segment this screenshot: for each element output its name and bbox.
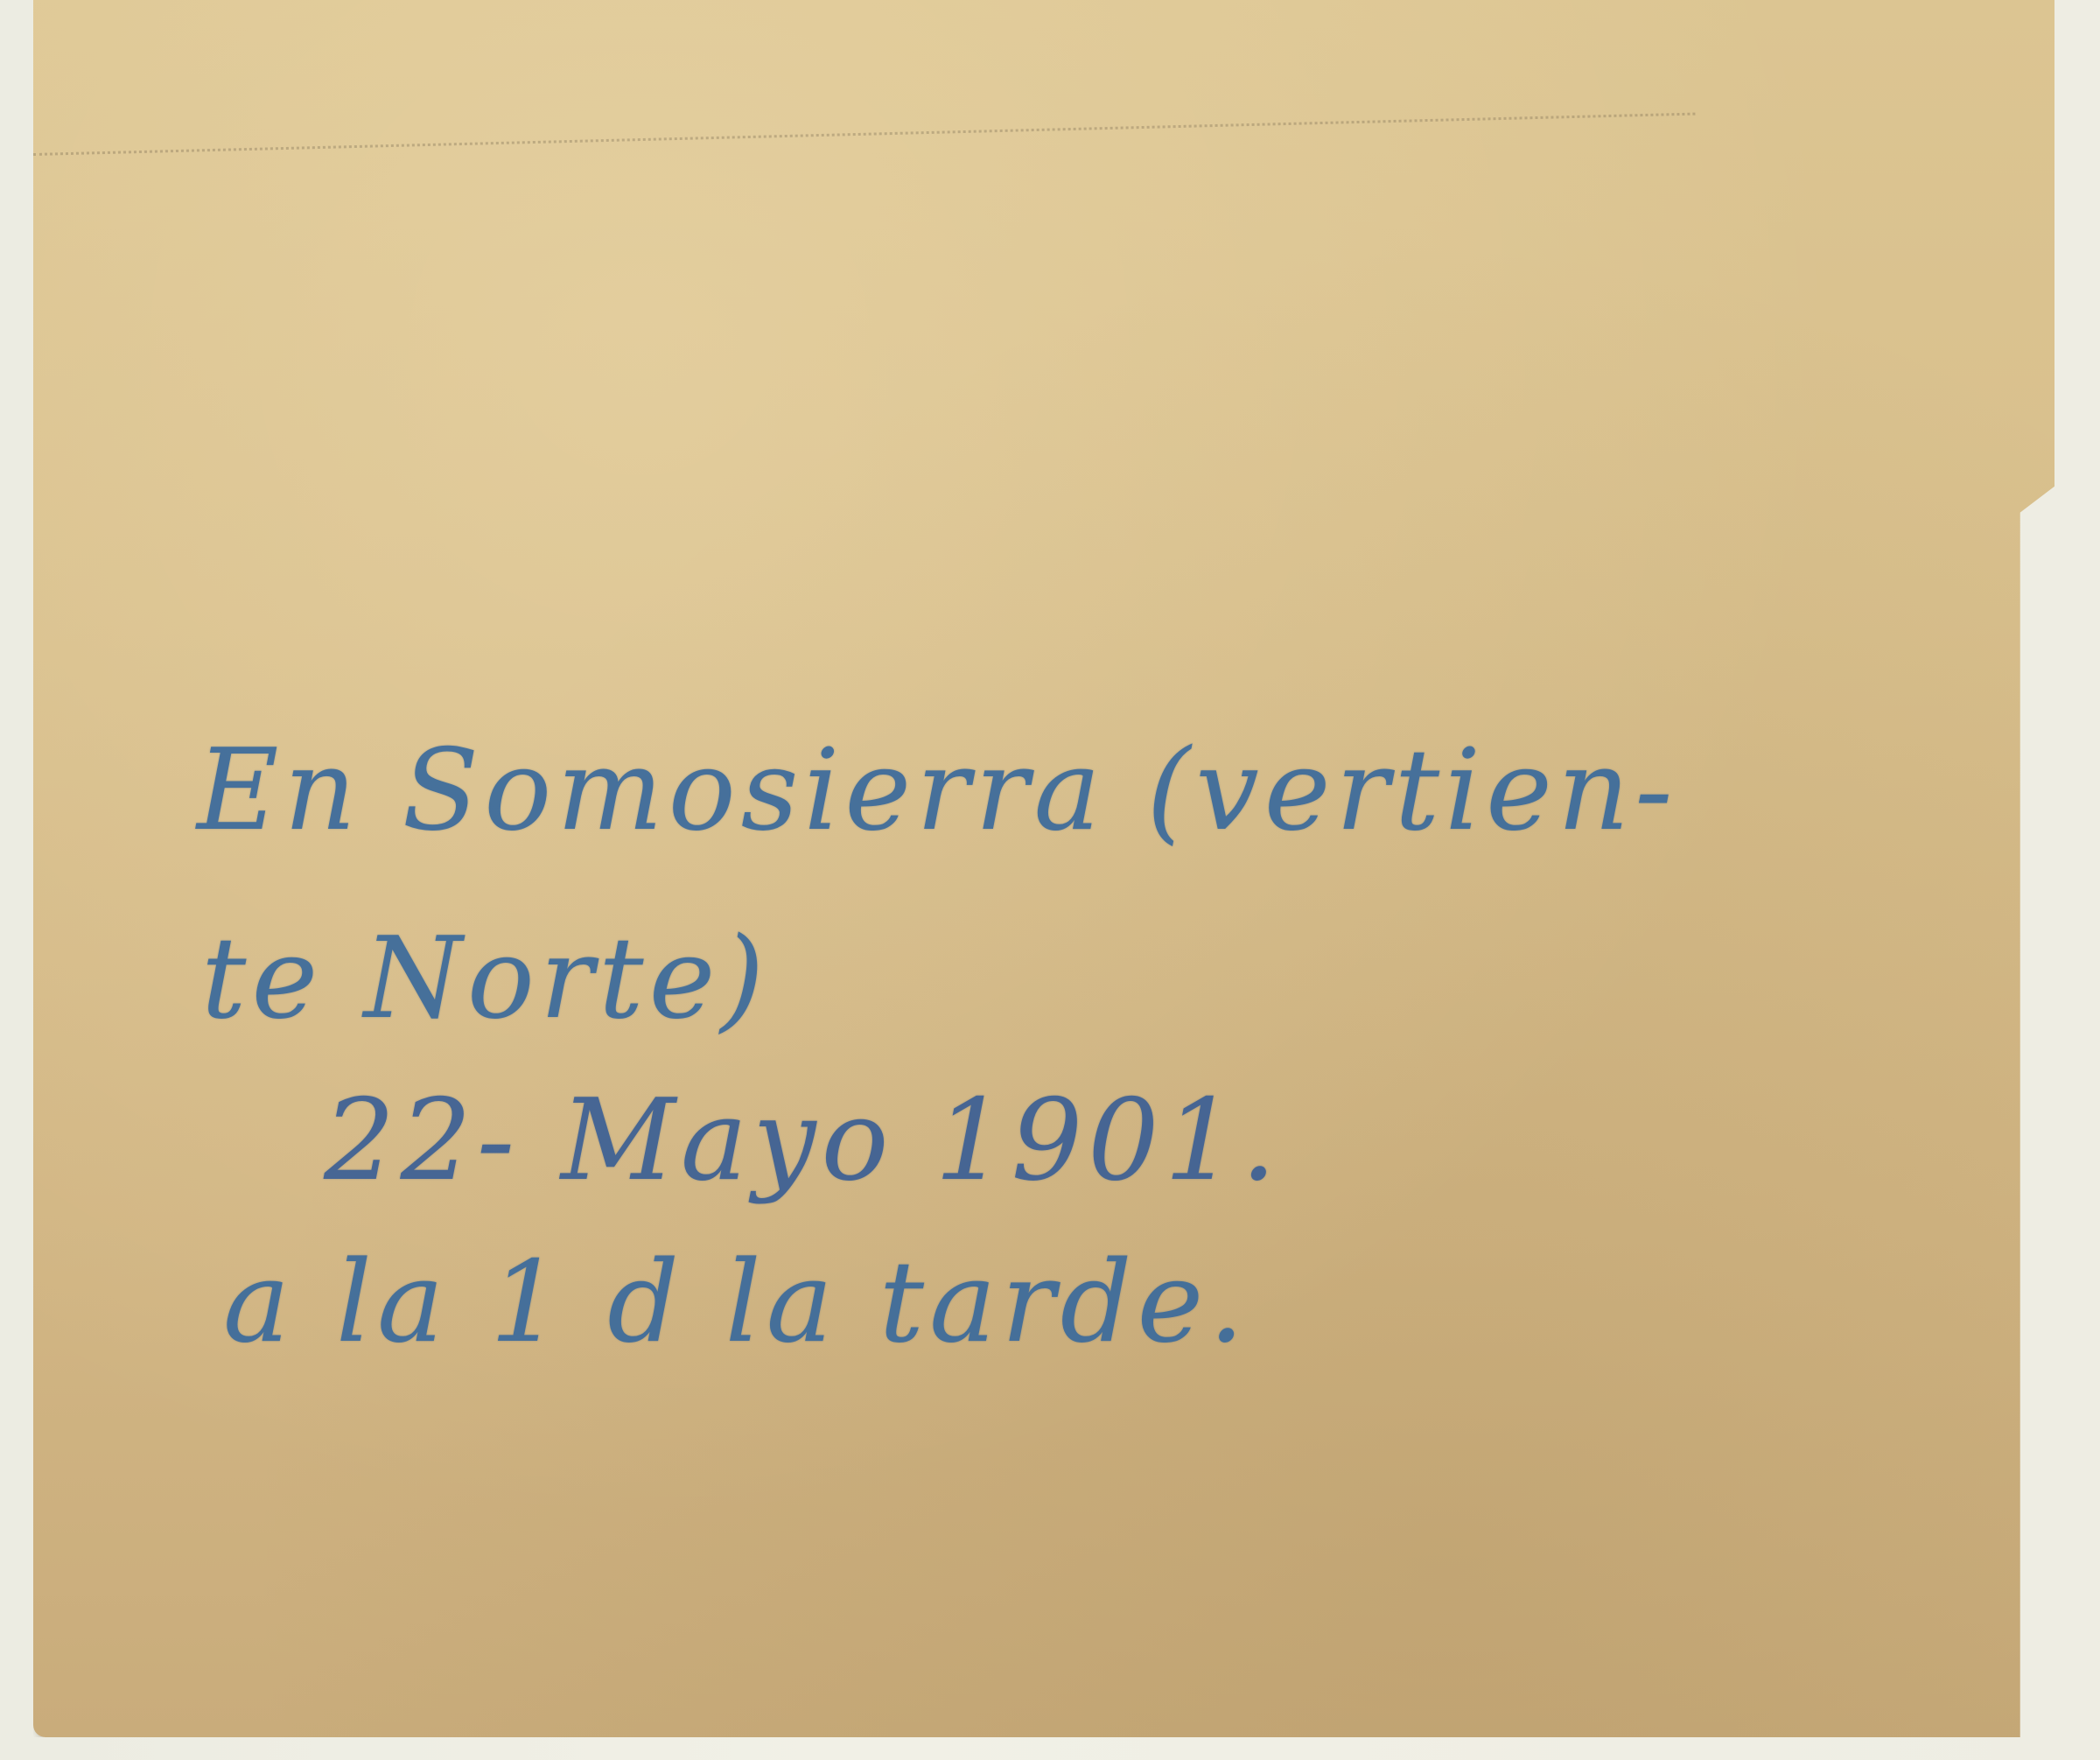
paper-crease	[33, 113, 1696, 156]
handwritten-line-location-cont: te Norte)	[201, 923, 769, 1035]
handwritten-line-date: 22- Mayo 1901.	[324, 1085, 1282, 1197]
handwritten-line-location: En Somosierra (vertien-	[197, 735, 1678, 847]
paper-sheet	[33, 0, 2054, 1737]
handwritten-line-time: a la 1 d la tarde.	[223, 1247, 1249, 1359]
